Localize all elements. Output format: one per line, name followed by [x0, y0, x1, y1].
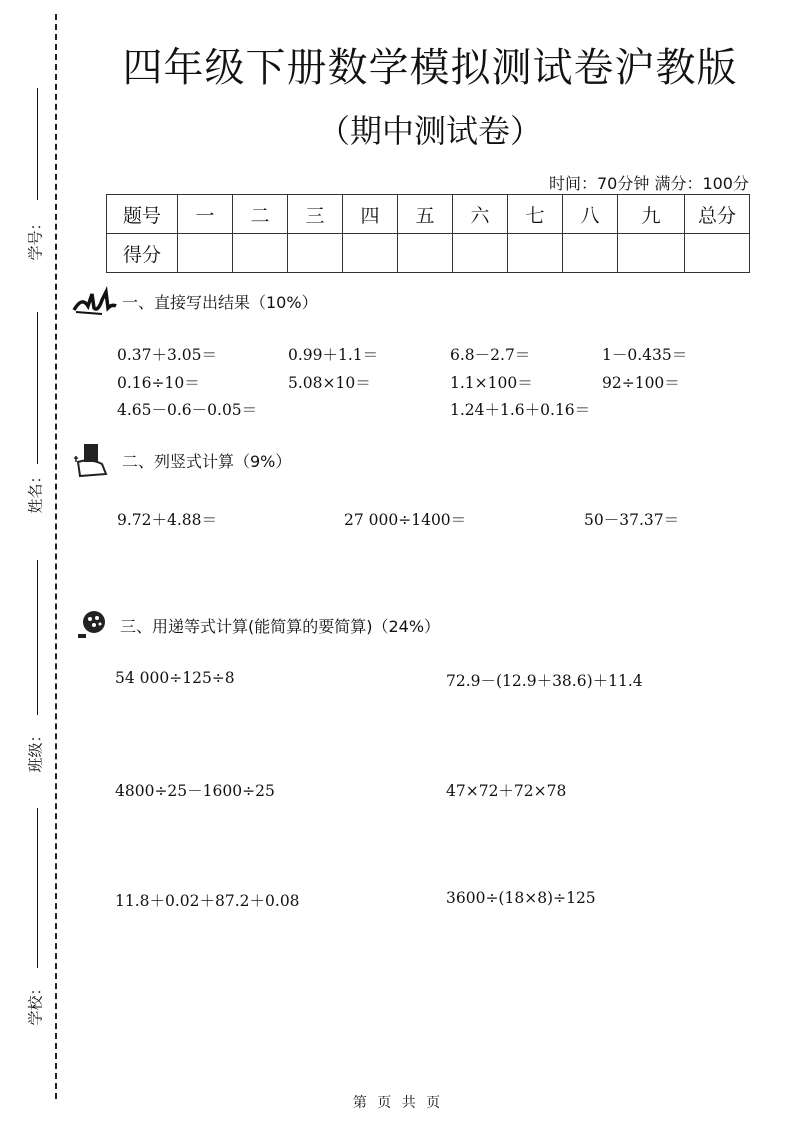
problem: 47×72＋72×78	[446, 779, 566, 801]
student-id-label: 学号：	[25, 221, 46, 261]
name-label: 姓名：	[25, 474, 46, 514]
page-footer: 第 页 共 页	[0, 1092, 793, 1112]
class-line[interactable]	[37, 560, 38, 715]
header-cell: 四	[343, 195, 398, 234]
problem: 1.24＋1.6＋0.16＝	[450, 398, 590, 420]
section-1-heading: 一、直接写出结果（10%）	[72, 286, 318, 316]
header-cell: 五	[398, 195, 453, 234]
student-id-line[interactable]	[37, 88, 38, 200]
problem: 1－0.435＝	[602, 343, 687, 365]
header-cell: 一	[178, 195, 233, 234]
problem: 4.65－0.6－0.05＝	[117, 398, 257, 420]
score-cell[interactable]	[398, 234, 453, 273]
problem: 1.1×100＝	[450, 371, 533, 393]
class-label: 班级：	[25, 733, 46, 773]
score-cell[interactable]	[453, 234, 508, 273]
score-table-score-row: 得分	[107, 234, 750, 273]
section-2-heading: 二、列竖式计算（9%）	[72, 440, 291, 480]
header-cell: 九	[618, 195, 685, 234]
section-2-title: 二、列竖式计算（9%）	[122, 449, 291, 472]
problem: 0.99＋1.1＝	[288, 343, 378, 365]
score-cell[interactable]	[508, 234, 563, 273]
header-cell: 总分	[685, 195, 750, 234]
score-cell[interactable]	[233, 234, 288, 273]
page-title: 四年级下册数学模拟测试卷沪教版	[100, 36, 760, 93]
header-cell: 八	[563, 195, 618, 234]
cut-line	[55, 14, 57, 1099]
problem: 27 000÷1400＝	[344, 508, 466, 530]
problem: 54 000÷125÷8	[115, 669, 235, 687]
name-line[interactable]	[37, 312, 38, 464]
score-cell[interactable]	[288, 234, 343, 273]
problem: 72.9－(12.9＋38.6)＋11.4	[446, 669, 643, 691]
problem: 9.72＋4.88＝	[117, 508, 217, 530]
reading-figure-icon	[72, 440, 118, 480]
score-table-header-row: 题号 一 二 三 四 五 六 七 八 九 总分	[107, 195, 750, 234]
section-1-title: 一、直接写出结果（10%）	[122, 290, 318, 313]
score-cell[interactable]	[343, 234, 398, 273]
header-cell: 二	[233, 195, 288, 234]
problem: 3600÷(18×8)÷125	[446, 889, 596, 907]
problem: 4800÷25－1600÷25	[115, 779, 275, 801]
problem: 92÷100＝	[602, 371, 680, 393]
school-line[interactable]	[37, 808, 38, 968]
header-cell: 六	[453, 195, 508, 234]
score-label-cell: 得分	[107, 234, 178, 273]
problem: 50－37.37＝	[584, 508, 679, 530]
header-cell: 三	[288, 195, 343, 234]
problem: 0.37＋3.05＝	[117, 343, 217, 365]
brush-writing-icon	[72, 286, 118, 316]
flower-balloon-icon	[70, 608, 116, 642]
score-cell[interactable]	[618, 234, 685, 273]
score-cell[interactable]	[685, 234, 750, 273]
header-cell: 七	[508, 195, 563, 234]
school-label: 学校：	[25, 986, 46, 1026]
problem: 11.8＋0.02＋87.2＋0.08	[115, 889, 300, 911]
header-cell: 题号	[107, 195, 178, 234]
problem: 6.8－2.7＝	[450, 343, 530, 365]
problem: 5.08×10＝	[288, 371, 371, 393]
section-3-title: 三、用递等式计算(能简算的要简算)（24%）	[120, 614, 440, 637]
section-3-heading: 三、用递等式计算(能简算的要简算)（24%）	[70, 608, 440, 642]
score-cell[interactable]	[563, 234, 618, 273]
problem: 0.16÷10＝	[117, 371, 200, 393]
score-table: 题号 一 二 三 四 五 六 七 八 九 总分 得分	[106, 194, 750, 273]
score-cell[interactable]	[178, 234, 233, 273]
exam-meta: 时间：70分钟 满分：100分	[549, 171, 749, 194]
page-subtitle: （期中测试卷）	[100, 106, 760, 152]
